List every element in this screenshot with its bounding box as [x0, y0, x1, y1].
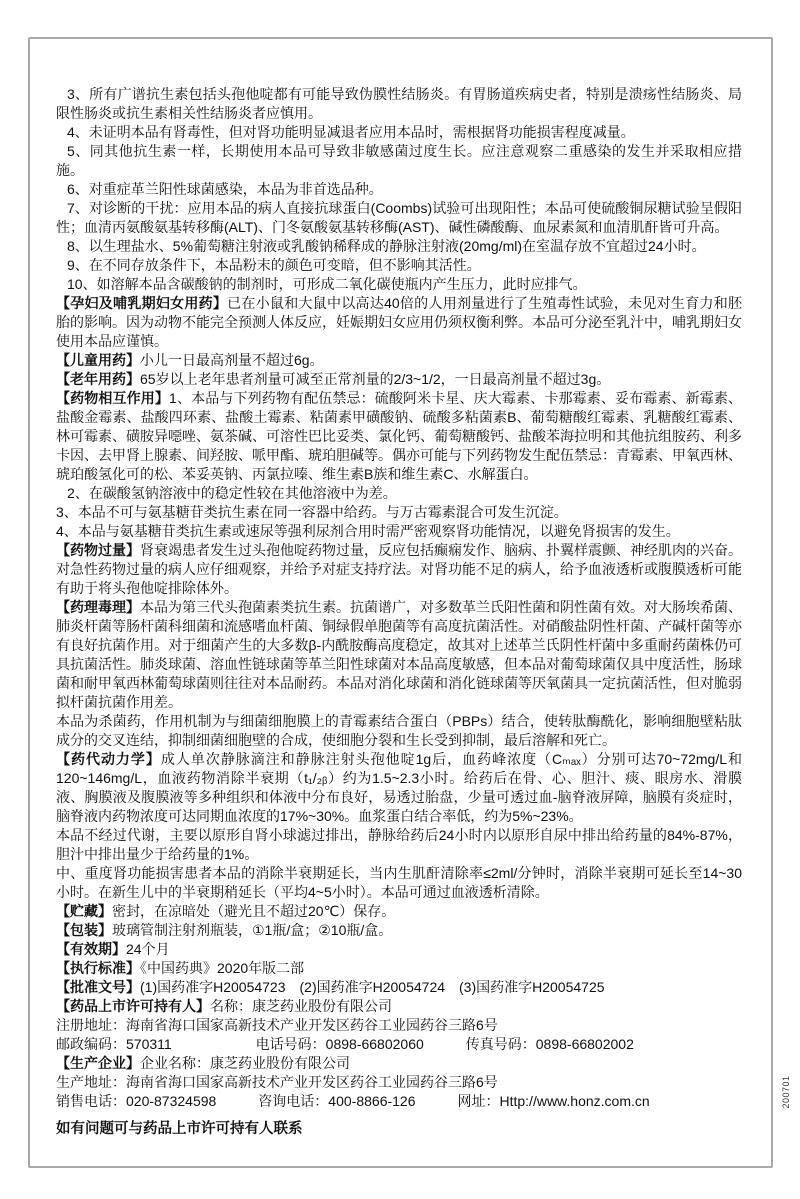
insert-paragraph: 7、对诊断的干扰：应用本品的病人直接抗球蛋白(Coombs)试验可出现阳性；本品…	[56, 199, 742, 237]
insert-paragraph: 【批准文号】(1)国药准字H20054723 (2)国药准字H20054724 …	[56, 978, 742, 997]
insert-paragraph: 本品为杀菌药，作用机制为与细菌细胞膜上的青霉素结合蛋白（PBPs）结合，使转肽酶…	[56, 712, 742, 750]
paragraph-text: 65岁以上老年患者剂量可减至正常剂量的2/3~1/2，一日最高剂量不超过3g。	[140, 371, 610, 387]
contact-footer-note: 如有问题可与药品上市许可持有人联系	[56, 1120, 742, 1139]
section-heading: 【贮藏】	[56, 903, 112, 919]
insert-paragraph: 【药代动力学】成人单次静脉滴注和静脉注射头孢他啶1g后，血药峰浓度（Cₘₐₓ）分…	[56, 750, 742, 826]
paragraph-text: 中、重度肾功能损害患者本品的消除半衰期延长，当内生肌酐清除率≤2ml/分钟时，消…	[56, 865, 742, 900]
paragraph-text: 6、对重症革兰阳性球菌感染，本品为非首选品种。	[67, 181, 383, 197]
insert-paragraph: 2、在碳酸氢钠溶液中的稳定性较在其他溶液中为差。	[56, 484, 742, 503]
paragraph-text: 10、如溶解本品含碳酸钠的制剂时，可形成二氧化碳使瓶内产生压力，此时应排气。	[67, 276, 587, 292]
paragraph-text: 7、对诊断的干扰：应用本品的病人直接抗球蛋白(Coombs)试验可出现阳性；本品…	[56, 200, 742, 235]
insert-paragraph: 【老年用药】65岁以上老年患者剂量可减至正常剂量的2/3~1/2，一日最高剂量不…	[56, 370, 742, 389]
paragraph-text: 9、在不同存放条件下，本品粉末的颜色可变暗，但不影响其活性。	[67, 257, 481, 273]
paragraph-text: 本品不经过代谢，主要以原形自肾小球滤过排出，静脉给药后24小时内以原形自尿中排出…	[56, 827, 742, 862]
paragraph-text: 肾衰竭患者发生过头孢他啶药物过量，反应包括癫痫发作、脑病、扑翼样震颤、神经肌肉的…	[56, 542, 742, 596]
section-heading: 【药代动力学】	[56, 751, 161, 767]
paragraph-list: 3、所有广谱抗生素包括头孢他啶都有可能导致伪膜性结肠炎。有胃肠道疾病史者，特别是…	[56, 85, 742, 1111]
paragraph-text: 企业名称：康芝药业股份有限公司	[140, 1055, 350, 1071]
insert-body: 3、所有广谱抗生素包括头孢他啶都有可能导致伪膜性结肠炎。有胃肠道疾病史者，特别是…	[56, 85, 742, 1156]
paragraph-text: 3、所有广谱抗生素包括头孢他啶都有可能导致伪膜性结肠炎。有胃肠道疾病史者，特别是…	[56, 86, 742, 121]
section-heading: 【药物过量】	[56, 542, 140, 558]
paragraph-text: 本品为第三代头孢菌素类抗生素。抗菌谱广，对多数革兰氏阳性菌和阴性菌有效。对大肠埃…	[56, 599, 742, 710]
paragraph-text: 密封，在凉暗处（避光且不超过20℃）保存。	[112, 903, 395, 919]
page-border: 3、所有广谱抗生素包括头孢他啶都有可能导致伪膜性结肠炎。有胃肠道疾病史者，特别是…	[28, 37, 773, 1168]
insert-paragraph: 【贮藏】密封，在凉暗处（避光且不超过20℃）保存。	[56, 902, 742, 921]
section-heading: 【包装】	[56, 922, 112, 938]
paragraph-text: 3、本品不可与氨基糖苷类抗生素在同一容器中给药。与万古霉素混合可发生沉淀。	[56, 504, 568, 520]
insert-paragraph: 注册地址：海南省海口国家高新技术产业开发区药谷工业园药谷三路6号	[56, 1016, 742, 1035]
insert-paragraph: 本品不经过代谢，主要以原形自肾小球滤过排出，静脉给药后24小时内以原形自尿中排出…	[56, 826, 742, 864]
section-heading: 【生产企业】	[56, 1055, 140, 1071]
paragraph-text: 注册地址：海南省海口国家高新技术产业开发区药谷工业园药谷三路6号	[56, 1017, 498, 1033]
insert-paragraph: 中、重度肾功能损害患者本品的消除半衰期延长，当内生肌酐清除率≤2ml/分钟时，消…	[56, 864, 742, 902]
insert-paragraph: 【有效期】24个月	[56, 940, 742, 959]
insert-paragraph: 6、对重症革兰阳性球菌感染，本品为非首选品种。	[56, 180, 742, 199]
insert-paragraph: 【药理毒理】本品为第三代头孢菌素类抗生素。抗菌谱广，对多数革兰氏阳性菌和阴性菌有…	[56, 598, 742, 712]
insert-paragraph: 生产地址：海南省海口国家高新技术产业开发区药谷工业园药谷三路6号	[56, 1073, 742, 1092]
insert-paragraph: 【包装】玻璃管制注射剂瓶装，①1瓶/盒；②10瓶/盒。	[56, 921, 742, 940]
paragraph-text: 2、在碳酸氢钠溶液中的稳定性较在其他溶液中为差。	[67, 485, 397, 501]
section-heading: 【儿童用药】	[56, 352, 140, 368]
section-heading: 【药物相互作用】	[56, 390, 169, 406]
insert-paragraph: 【执行标准】《中国药典》2020年版二部	[56, 959, 742, 978]
section-heading: 【执行标准】	[56, 960, 140, 976]
paragraph-text: 玻璃管制注射剂瓶装，①1瓶/盒；②10瓶/盒。	[112, 922, 392, 938]
insert-paragraph: 【药物过量】肾衰竭患者发生过头孢他啶药物过量，反应包括癫痫发作、脑病、扑翼样震颤…	[56, 541, 742, 598]
insert-paragraph: 【生产企业】企业名称：康芝药业股份有限公司	[56, 1054, 742, 1073]
insert-paragraph: 5、同其他抗生素一样，长期使用本品可导致非敏感菌过度生长。应注意观察二重感染的发…	[56, 142, 742, 180]
section-heading: 【药品上市许可持有人】	[56, 998, 210, 1014]
insert-paragraph: 3、本品不可与氨基糖苷类抗生素在同一容器中给药。与万古霉素混合可发生沉淀。	[56, 503, 742, 522]
paragraph-text: 4、本品与氨基糖苷类抗生素或速尿等强利尿剂合用时需严密观察肾功能情况，以避免肾损…	[56, 523, 680, 539]
insert-paragraph: 4、未证明本品有肾毒性，但对肾功能明显减退者应用本品时，需根据肾功能损害程度减量…	[56, 123, 742, 142]
paragraph-text: 小儿一日最高剂量不超过6g。	[140, 352, 324, 368]
insert-paragraph: 【儿童用药】小儿一日最高剂量不超过6g。	[56, 351, 742, 370]
section-heading: 【孕妇及哺乳期妇女用药】	[56, 295, 227, 311]
section-heading: 【药理毒理】	[56, 599, 140, 615]
paragraph-text: 生产地址：海南省海口国家高新技术产业开发区药谷工业园药谷三路6号	[56, 1074, 498, 1090]
insert-paragraph: 销售电话：020-87324598 咨询电话：400-8866-126 网址：H…	[56, 1092, 742, 1111]
paragraph-text: 4、未证明本品有肾毒性，但对肾功能明显减退者应用本品时，需根据肾功能损害程度减量…	[67, 124, 635, 140]
paragraph-text: 《中国药典》2020年版二部	[140, 960, 304, 976]
insert-paragraph: 9、在不同存放条件下，本品粉末的颜色可变暗，但不影响其活性。	[56, 256, 742, 275]
insert-paragraph: 【药品上市许可持有人】名称：康芝药业股份有限公司	[56, 997, 742, 1016]
section-heading: 【有效期】	[56, 941, 126, 957]
insert-paragraph: 3、所有广谱抗生素包括头孢他啶都有可能导致伪膜性结肠炎。有胃肠道疾病史者，特别是…	[56, 85, 742, 123]
insert-paragraph: 邮政编码：570311 电话号码：0898-66802060 传真号码：0898…	[56, 1035, 742, 1054]
insert-paragraph: 【药物相互作用】1、本品与下列药物有配伍禁忌：硫酸阿米卡星、庆大霉素、卡那霉素、…	[56, 389, 742, 484]
insert-paragraph: 4、本品与氨基糖苷类抗生素或速尿等强利尿剂合用时需严密观察肾功能情况，以避免肾损…	[56, 522, 742, 541]
insert-paragraph: 10、如溶解本品含碳酸钠的制剂时，可形成二氧化碳使瓶内产生压力，此时应排气。	[56, 275, 742, 294]
paragraph-text: 本品为杀菌药，作用机制为与细菌细胞膜上的青霉素结合蛋白（PBPs）结合，使转肽酶…	[56, 713, 742, 748]
insert-paragraph: 【孕妇及哺乳期妇女用药】已在小鼠和大鼠中以高达40倍的人用剂量进行了生殖毒性试验…	[56, 294, 742, 351]
paragraph-text: 邮政编码：570311 电话号码：0898-66802060 传真号码：0898…	[56, 1036, 634, 1052]
section-heading: 【批准文号】	[56, 979, 140, 995]
paragraph-text: 名称：康芝药业股份有限公司	[210, 998, 392, 1014]
batch-code-vertical: 200701	[781, 1072, 791, 1112]
insert-paragraph: 8、以生理盐水、5%葡萄糖注射液或乳酸钠稀释成的静脉注射液(20mg/ml)在室…	[56, 237, 742, 256]
paragraph-text: 5、同其他抗生素一样，长期使用本品可导致非敏感菌过度生长。应注意观察二重感染的发…	[56, 143, 742, 178]
paragraph-text: 销售电话：020-87324598 咨询电话：400-8866-126 网址：H…	[56, 1093, 650, 1109]
paragraph-text: 24个月	[126, 941, 170, 957]
paragraph-text: (1)国药准字H20054723 (2)国药准字H20054724 (3)国药准…	[140, 979, 605, 995]
paragraph-text: 8、以生理盐水、5%葡萄糖注射液或乳酸钠稀释成的静脉注射液(20mg/ml)在室…	[67, 238, 706, 254]
section-heading: 【老年用药】	[56, 371, 140, 387]
